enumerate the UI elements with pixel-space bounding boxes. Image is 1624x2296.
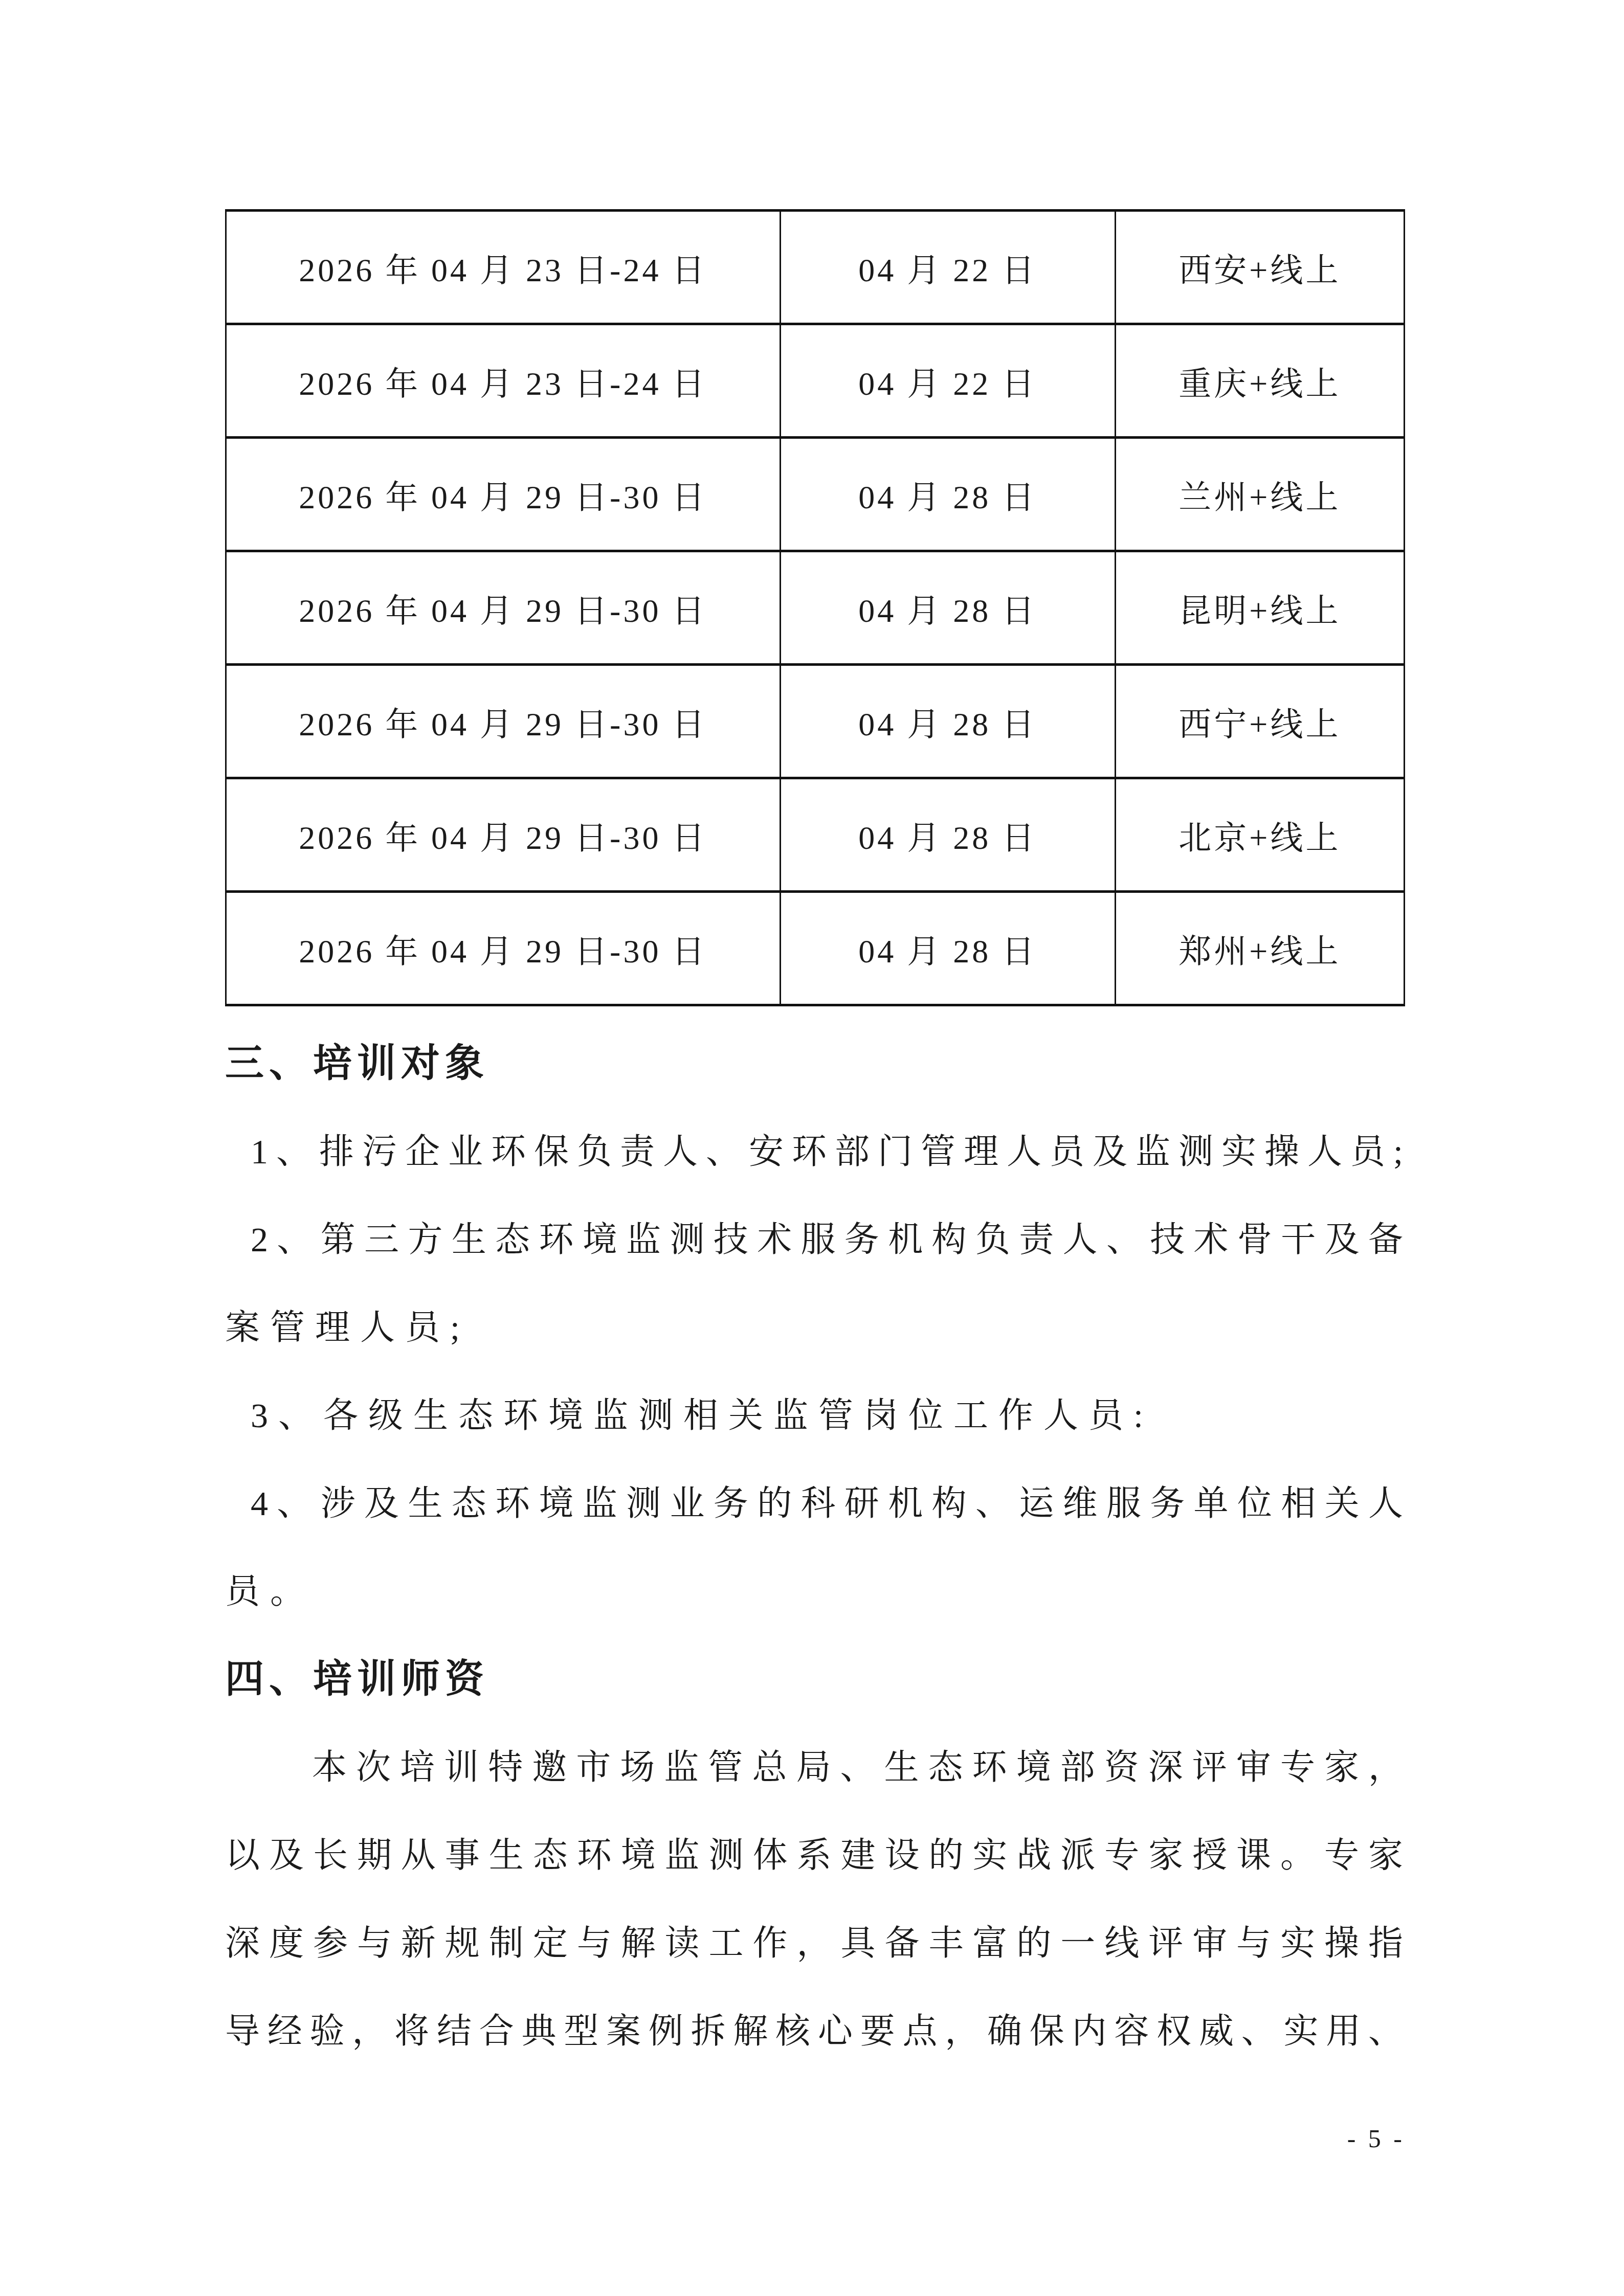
text-line: 案管理人员; [225,1284,1405,1371]
text-line: 深度参与新规制定与解读工作，具备丰富的一线评审与实操指 [225,1899,1405,1987]
cell-report-date: 04 月 28 日 [780,438,1115,551]
text-line: 以及长期从事生态环境监测体系建设的实战派专家授课。专家 [225,1811,1405,1899]
cell-report-date: 04 月 28 日 [780,892,1115,1005]
page-content: 2026 年 04 月 23 日-24 日04 月 22 日西安+线上2026 … [225,0,1405,2075]
cell-report-date: 04 月 28 日 [780,778,1115,892]
text-line: 本次培训特邀市场监管总局、生态环境部资深评审专家， [225,1723,1405,1811]
table-row: 2026 年 04 月 29 日-30 日04 月 28 日兰州+线上 [226,438,1405,551]
cell-location: 北京+线上 [1115,778,1404,892]
text-line: 1、排污企业环保负责人、安环部门管理人员及监测实操人员; [225,1108,1405,1196]
text-line: 4、涉及生态环境监测业务的科研机构、运维服务单位相关人 [225,1459,1405,1547]
section-heading-training-faculty: 四、培训师资 [225,1635,1405,1723]
cell-report-date: 04 月 28 日 [780,665,1115,778]
cell-location: 重庆+线上 [1115,324,1404,438]
text-line: 员。 [225,1547,1405,1635]
cell-training-date: 2026 年 04 月 23 日-24 日 [226,211,781,324]
training-faculty-paragraphs: 本次培训特邀市场监管总局、生态环境部资深评审专家，以及长期从事生态环境监测体系建… [225,1723,1405,2075]
cell-location: 西安+线上 [1115,211,1404,324]
schedule-table-body: 2026 年 04 月 23 日-24 日04 月 22 日西安+线上2026 … [226,211,1405,1005]
cell-report-date: 04 月 28 日 [780,551,1115,665]
cell-location: 郑州+线上 [1115,892,1404,1005]
text-line: 3、各级生态环境监测相关监管岗位工作人员: [225,1371,1405,1459]
cell-location: 兰州+线上 [1115,438,1404,551]
training-targets-paragraphs: 1、排污企业环保负责人、安环部门管理人员及监测实操人员;2、第三方生态环境监测技… [225,1108,1405,1635]
schedule-table: 2026 年 04 月 23 日-24 日04 月 22 日西安+线上2026 … [225,209,1405,1006]
cell-location: 昆明+线上 [1115,551,1404,665]
cell-report-date: 04 月 22 日 [780,324,1115,438]
cell-training-date: 2026 年 04 月 29 日-30 日 [226,892,781,1005]
table-row: 2026 年 04 月 29 日-30 日04 月 28 日北京+线上 [226,778,1405,892]
cell-training-date: 2026 年 04 月 29 日-30 日 [226,438,781,551]
page-number: - 5 - [1347,2123,1405,2154]
table-row: 2026 年 04 月 23 日-24 日04 月 22 日重庆+线上 [226,324,1405,438]
cell-location: 西宁+线上 [1115,665,1404,778]
table-row: 2026 年 04 月 29 日-30 日04 月 28 日郑州+线上 [226,892,1405,1005]
table-row: 2026 年 04 月 29 日-30 日04 月 28 日西宁+线上 [226,665,1405,778]
table-row: 2026 年 04 月 23 日-24 日04 月 22 日西安+线上 [226,211,1405,324]
cell-training-date: 2026 年 04 月 23 日-24 日 [226,324,781,438]
cell-training-date: 2026 年 04 月 29 日-30 日 [226,551,781,665]
cell-training-date: 2026 年 04 月 29 日-30 日 [226,665,781,778]
cell-report-date: 04 月 22 日 [780,211,1115,324]
cell-training-date: 2026 年 04 月 29 日-30 日 [226,778,781,892]
table-row: 2026 年 04 月 29 日-30 日04 月 28 日昆明+线上 [226,551,1405,665]
section-heading-training-targets: 三、培训对象 [225,1020,1405,1108]
text-line: 导经验，将结合典型案例拆解核心要点，确保内容权威、实用、 [225,1987,1405,2075]
text-line: 2、第三方生态环境监测技术服务机构负责人、技术骨干及备 [225,1196,1405,1284]
document-page: 2026 年 04 月 23 日-24 日04 月 22 日西安+线上2026 … [0,0,1624,2296]
